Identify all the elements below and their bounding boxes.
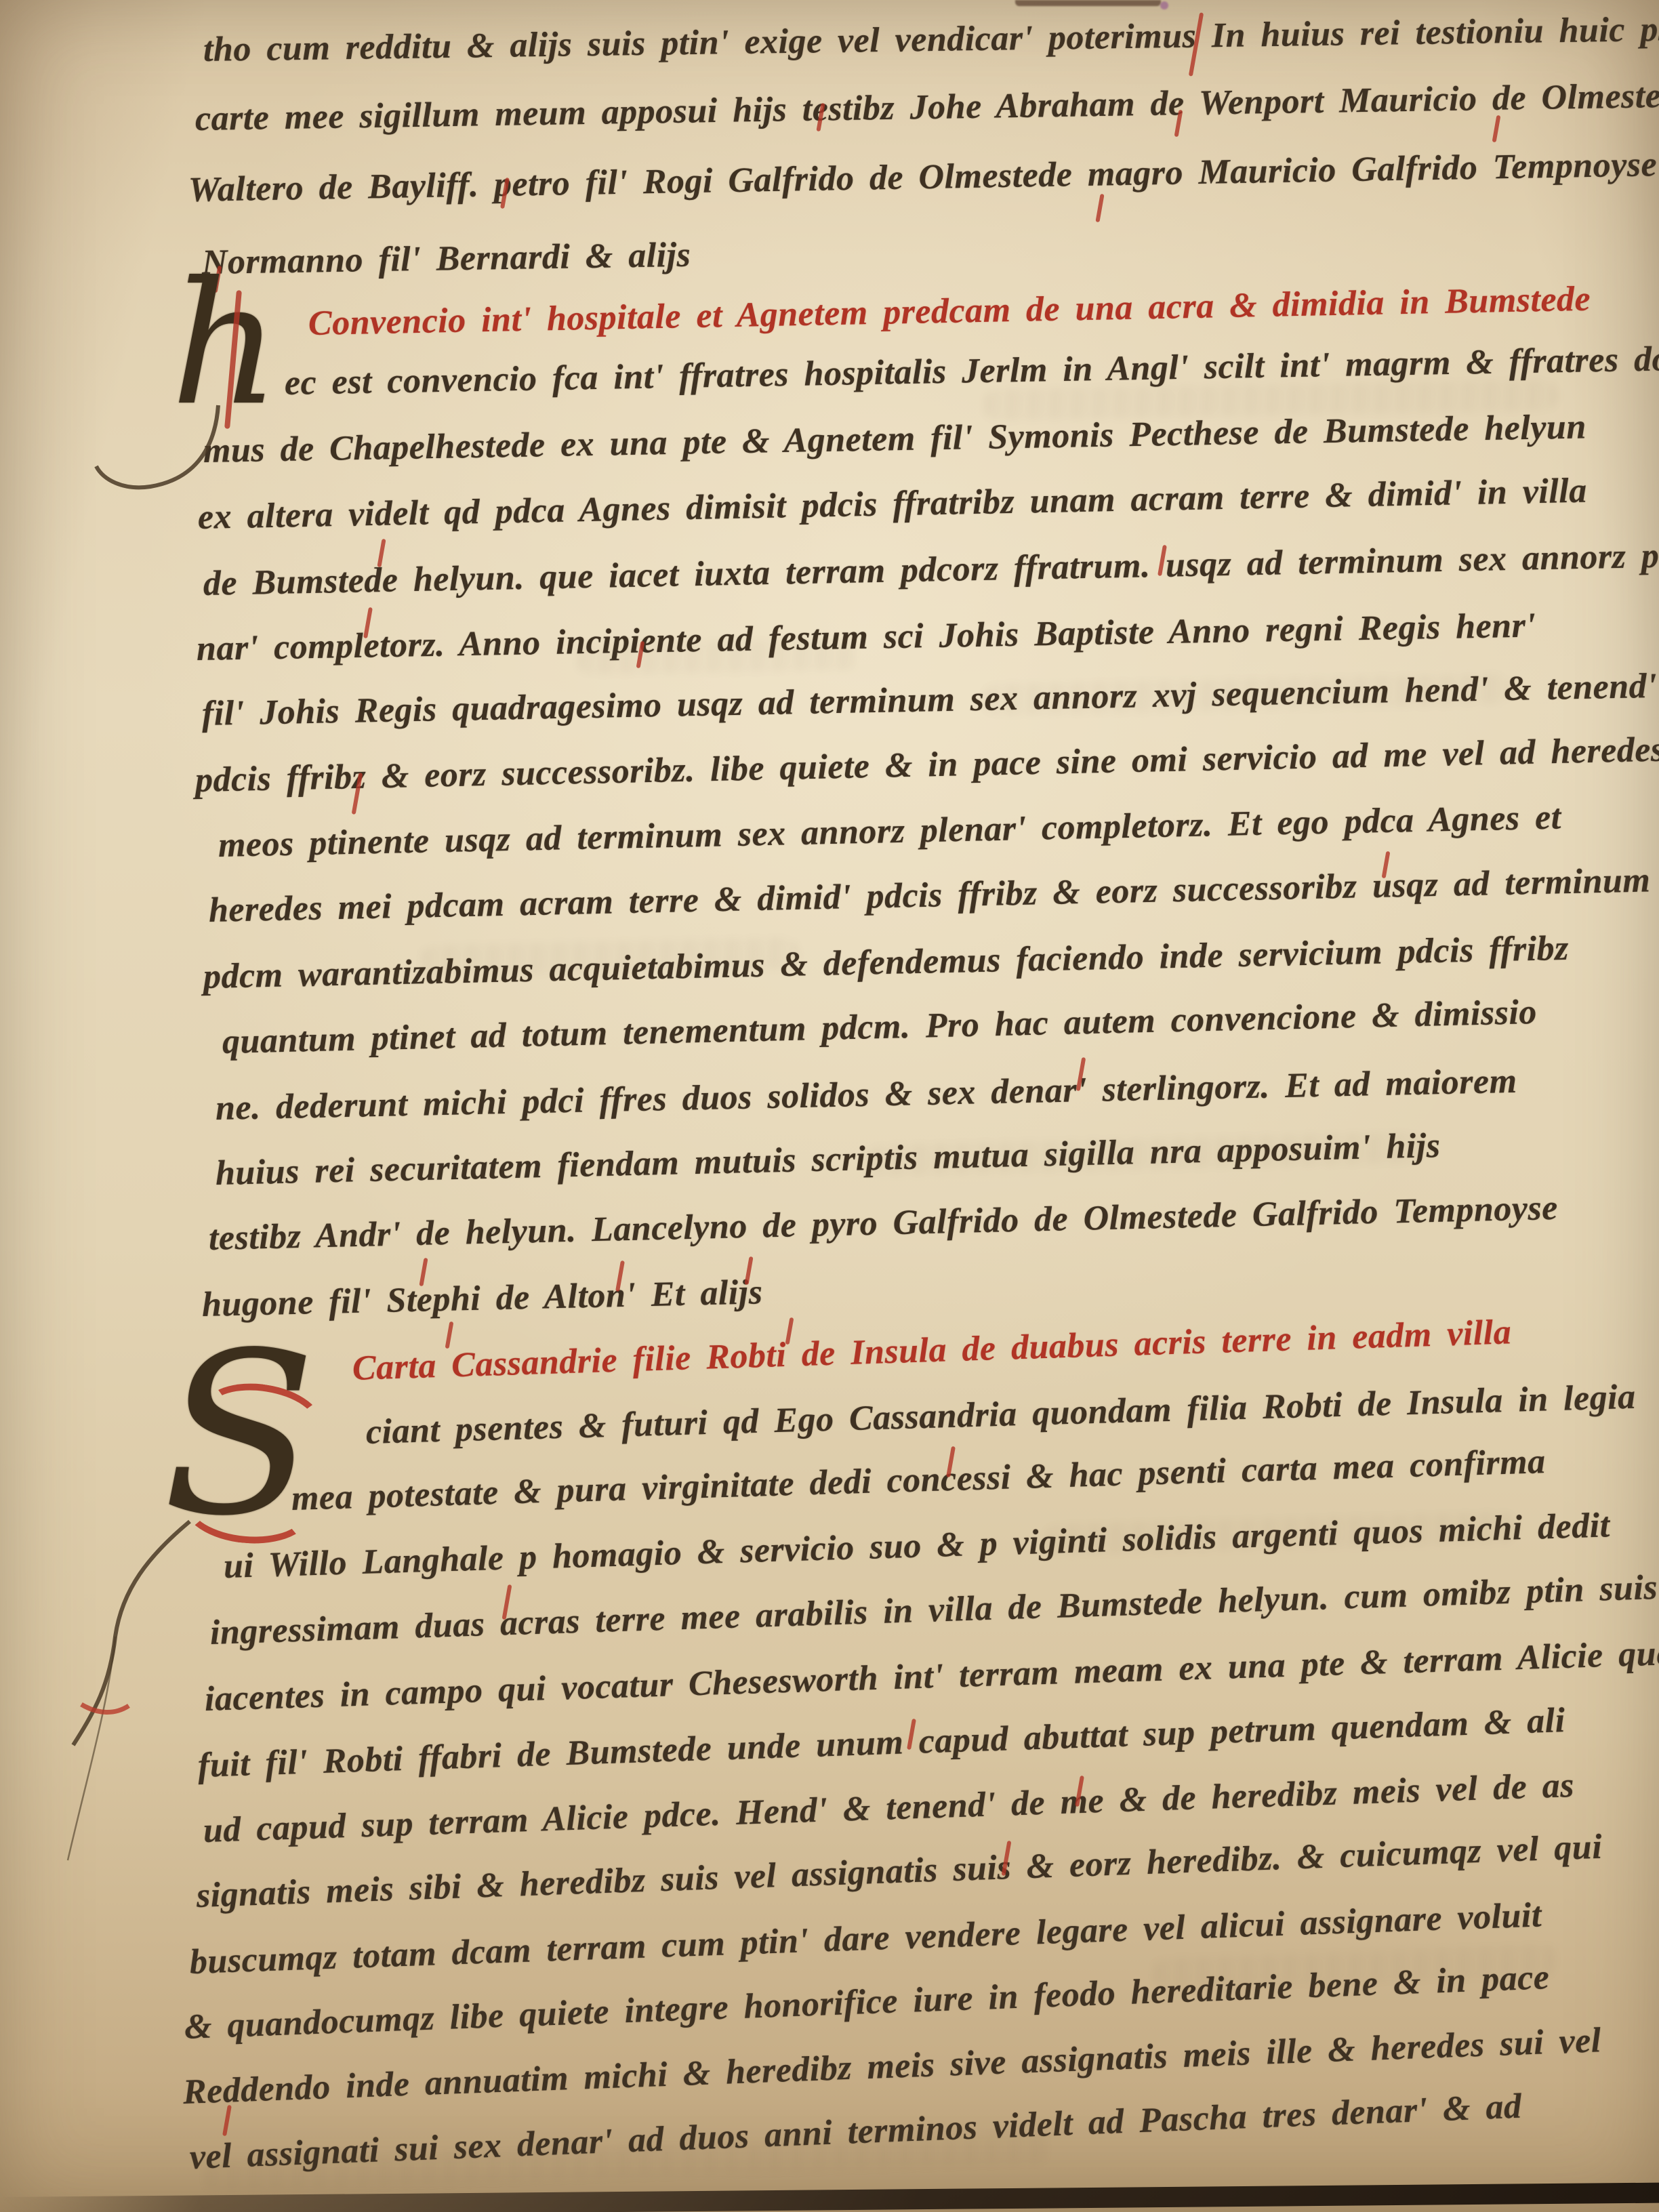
text-line: huius rei securitatem fiendam mutuis scr… (215, 1128, 1441, 1191)
decorated-initial-s: S (163, 1345, 366, 1576)
text-line: Waltero de Bayliff. petro fil' Rogi Galf… (188, 147, 1658, 208)
initial-flourish (89, 378, 266, 554)
text-line: ui Willo Langhale p homagio & servicio s… (223, 1508, 1610, 1584)
text-line: nar' completorz. Anno incipiente ad fest… (197, 609, 1536, 667)
rubrication-stroke (1492, 115, 1501, 142)
text-line: heredes mei pdcam acram terre & dimid' p… (208, 863, 1650, 928)
text-line: fil' Johis Regis quadragesimo usqz ad te… (202, 669, 1658, 732)
text-line: ingressimam duas acras terre mee arabili… (209, 1570, 1658, 1651)
text-line: mus de Chapelhestede ex una pte & Agnete… (203, 409, 1587, 469)
text-line: tho cum redditu & alijs suis ptin' exige… (203, 12, 1659, 68)
text-line: de Bumstede helyun. que iacet iuxta terr… (203, 537, 1659, 602)
text-line: ciant psentes & futuri qd Ego Cassandria… (365, 1380, 1636, 1450)
rubric-carta-cassandrie: Carta Cassandrie filie Robti de Insula d… (352, 1315, 1512, 1387)
text-line: pdcm warantizabimus acquietabimus & defe… (203, 931, 1569, 995)
text-line: fuit fil' Robti ffabri de Bumstede unde … (197, 1703, 1565, 1784)
text-line: meos ptinente usqz ad terminum sex annor… (218, 800, 1561, 863)
text-line: ne. dederunt michi pdci ffres duos solid… (215, 1064, 1517, 1126)
edge-stain (1015, 0, 1161, 6)
text-line: quantum ptinet ad totum tenementum pdcm.… (222, 995, 1537, 1060)
text-line: ex altera videlt qd pdca Agnes dimisit p… (198, 474, 1588, 535)
text-line: carte mee sigillum meum apposui hijs tes… (195, 78, 1659, 137)
ink-dot (1160, 1, 1168, 9)
manuscript-page: tho cum redditu & alijs suis ptin' exige… (0, 0, 1659, 2212)
text-line: testibz Andr' de helyun. Lancelyno de py… (208, 1191, 1558, 1256)
rubric-convencio: Convencio int' hospitale et Agnetem pred… (308, 282, 1591, 342)
text-line: mea potestate & pura virginitate dedi co… (291, 1444, 1546, 1517)
rubrication-stroke (445, 1322, 454, 1349)
decorated-initial-h: H (171, 276, 300, 480)
rubrication-stroke (1095, 194, 1104, 222)
text-line: pdcis ffribz & eorz successoribz. libe q… (194, 733, 1659, 798)
initial-flourish (61, 1481, 291, 1901)
